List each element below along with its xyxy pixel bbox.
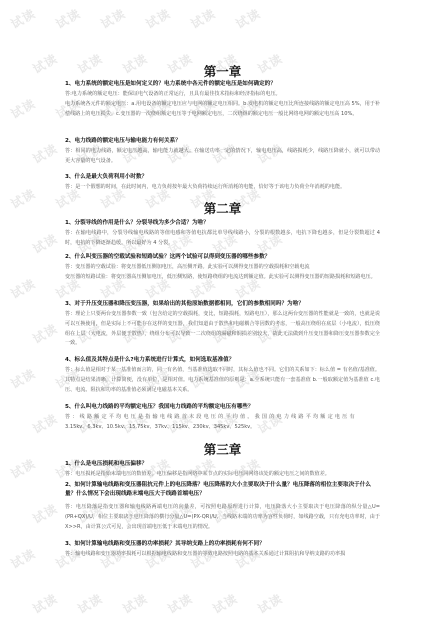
question-heading: 3、什么是最大负荷利用小时数？ xyxy=(65,173,380,182)
chapter-title: 第一章 xyxy=(65,62,380,80)
watermark-text: 试读 xyxy=(7,275,38,303)
question-heading: 5、什么叫电力线路的平均额定电压？我国电力线路的平均额定电压有哪些？ xyxy=(65,403,380,412)
answer-text: 答：理论上只要两台变压器参数一致（包含给定的空载损耗，变比，短路损耗，短路电压）… xyxy=(65,310,380,349)
answer-text: 答：在输电线路中，分裂导线输电线路的等值电感和等值电抗都比单导线线路小，分裂的根… xyxy=(65,229,380,249)
answer-text: 答：电压降落是指变压器和输电线路两端电压的向量差，可按照电路原理进行计算，电压降… xyxy=(65,503,380,532)
watermark-text: 试读 xyxy=(29,230,60,258)
watermark-text: 试读 xyxy=(119,590,150,618)
watermark-text: 试读 xyxy=(7,455,38,483)
watermark-text: 试读 xyxy=(29,140,60,168)
answer-text: 答:电力系统的额定电压：能保证电气设备的正常运行，且具有最佳技术指标和经济指标的… xyxy=(65,90,380,100)
question-heading: 2、如何计算输电线路和变压器阻抗元件上的电压降落？电压降落的大小主要取决于什么量… xyxy=(65,481,380,499)
answer-text: 变压器的短路试验：将变压器高压侧加电压，低压侧短路，使短路绕组的电流达到额定值。… xyxy=(65,273,380,283)
watermark-text: 试读 xyxy=(97,5,128,33)
question-heading: 2、什么叫变压器的空载试验和短路试验？这两个试验可以得到变压器的哪些参数？ xyxy=(65,253,380,262)
answer-text: 答：变压器的空载试验：将变压器低压侧加电压，高压侧开路。此实验可以测得变压器的空… xyxy=(65,263,380,273)
answer-text: 3.15kv、6.3kv、10.5kv、15.75kv、37kv、115kv、2… xyxy=(65,423,380,433)
watermark-text: 试读 xyxy=(52,5,83,33)
answer-text: 答：输电线路和变压器功率损耗可以根据输电线路和变压器的等效电路按照电路的基本关系… xyxy=(65,550,380,560)
watermark-text: 试读 xyxy=(187,5,218,33)
question-heading: 4、标么值及其特点是什么?电力系统进行计算式，如何选取基准值？ xyxy=(65,356,380,365)
answer-text: 答：电压损耗是指始末端电压的数值差。电压偏移是指网络中某节点的实际电压同网络该处… xyxy=(65,470,380,480)
watermark-text: 试读 xyxy=(142,5,173,33)
question-heading: 3、如何计算输电线路和变压器的功率损耗？其导纳支路上的功率损耗有何不同？ xyxy=(65,540,380,549)
watermark-text: 试读 xyxy=(29,320,60,348)
watermark-text: 试读 xyxy=(29,410,60,438)
watermark-text: 试读 xyxy=(29,590,60,618)
question-heading: 1、电力系统的额定电压是如何定义的？电力系统中各元件的额定电压是如何确定的？ xyxy=(65,80,380,89)
answer-text: 答：线路额定平均电压是指输电线路首末段电压的平均值。我国的电力线路平均额定电压有 xyxy=(65,413,380,423)
watermark-text: 试读 xyxy=(74,590,105,618)
chapter-title: 第三章 xyxy=(65,440,380,458)
watermark-text: 试读 xyxy=(209,590,240,618)
answer-text: 答：标么值是相对于某一基准值而言的，同一有名值，当基准值选取不同时，其标么值也不… xyxy=(65,366,380,395)
watermark-text: 试读 xyxy=(254,590,285,618)
watermark-text: 试读 xyxy=(232,5,263,33)
chapter-title: 第二章 xyxy=(65,199,380,217)
watermark-text: 试读 xyxy=(7,185,38,213)
question-heading: 2、电力线路的额定电压与输电能力有何关系？ xyxy=(65,137,380,146)
answer-text: 答：相同的电力线路，额定电压越高，输电能力就越大。在输送功率一定的情况下，输电电… xyxy=(65,147,380,167)
answer-text: 答：是一个假想的时间，在此时间内，电力负荷按年最大负荷持续运行所消耗的电能，恰好… xyxy=(65,183,380,193)
watermark-text: 试读 xyxy=(7,545,38,573)
question-heading: 3、对于升压变压器和降压变压器，如果给出的其他原始数据都相同，它们的参数相同吗？… xyxy=(65,300,380,309)
question-heading: 1、什么是电压损耗和电压偏移？ xyxy=(65,460,380,469)
watermark-text: 试读 xyxy=(29,500,60,528)
question-heading: 1、分裂导线的作用是什么？分裂导线为多少合适？为啥？ xyxy=(65,219,380,228)
watermark-text: 试读 xyxy=(7,5,38,33)
watermark-text: 试读 xyxy=(29,50,60,78)
watermark-text: 试读 xyxy=(7,365,38,393)
watermark-text: 试读 xyxy=(164,590,195,618)
watermark-text: 试读 xyxy=(7,95,38,123)
answer-text: 电力系统各元件的额定电压：a.用电设备的额定电压应与电网的额定电压相同。b.发电… xyxy=(65,100,380,120)
